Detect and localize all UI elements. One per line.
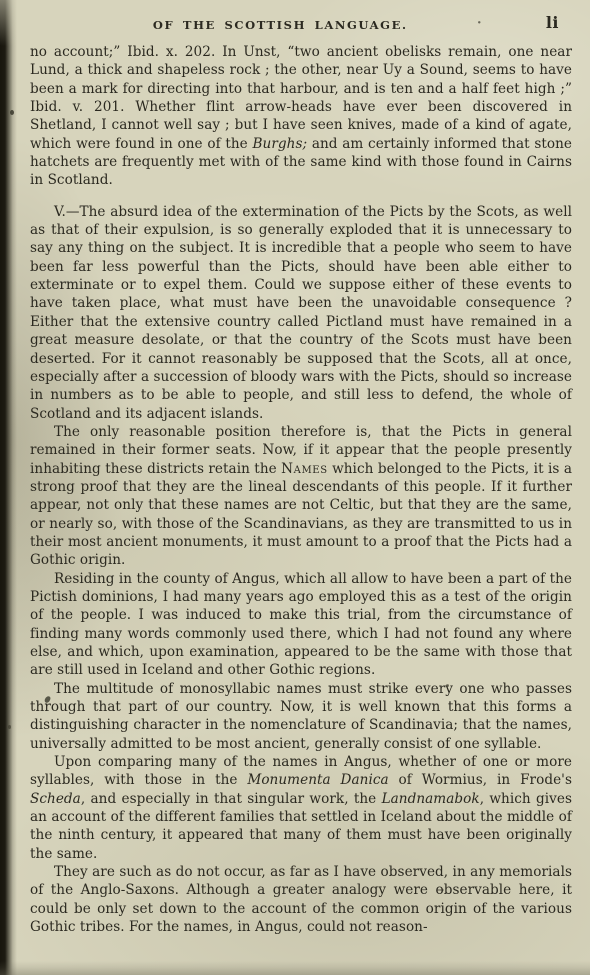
page-number: li	[546, 13, 559, 32]
header-separator-dot: ·	[477, 16, 482, 31]
text-segment: Scheda	[30, 791, 81, 807]
text-segment: of Wormius, in Frode's	[389, 772, 572, 788]
text-segment: Names	[281, 461, 328, 477]
paragraph: They are such as do not occur, as far as…	[30, 863, 572, 936]
page-bottom-edge	[0, 961, 590, 975]
page-body: no account;” Ibid. x. 202. In Unst, “two…	[30, 43, 572, 937]
header-title: OF THE SCOTTISH LANGUAGE.	[153, 18, 408, 32]
text-segment: V.—The absurd idea of the extermination …	[30, 204, 572, 422]
text-segment: Monumenta Danica	[247, 772, 388, 788]
running-header: OF THE SCOTTISH LANGUAGE. · li	[0, 16, 590, 38]
text-segment: They are such as do not occur, as far as…	[30, 864, 572, 935]
paragraph: The multitude of monosyllabic names must…	[30, 680, 572, 753]
paragraph: no account;” Ibid. x. 202. In Unst, “two…	[30, 43, 572, 190]
text-segment: , and especially in that singular work, …	[81, 791, 382, 807]
paragraph: Residing in the county of Angus, which a…	[30, 570, 572, 680]
paragraph: V.—The absurd idea of the extermination …	[30, 203, 572, 423]
text-segment: Residing in the county of Angus, which a…	[30, 571, 572, 679]
paragraph: The only reasonable position therefore i…	[30, 423, 572, 570]
screenshot-root: { "page": { "colors": { "paper": "#d7d4b…	[0, 0, 590, 975]
text-segment: Burghs;	[253, 136, 308, 152]
text-segment: Landnamabok	[382, 791, 480, 807]
text-segment: The multitude of monosyllabic names must…	[30, 681, 572, 752]
binding-shadow	[0, 0, 17, 975]
paragraph: Upon comparing many of the names in Angu…	[30, 753, 572, 863]
book-page: OF THE SCOTTISH LANGUAGE. · li no accoun…	[0, 0, 590, 975]
